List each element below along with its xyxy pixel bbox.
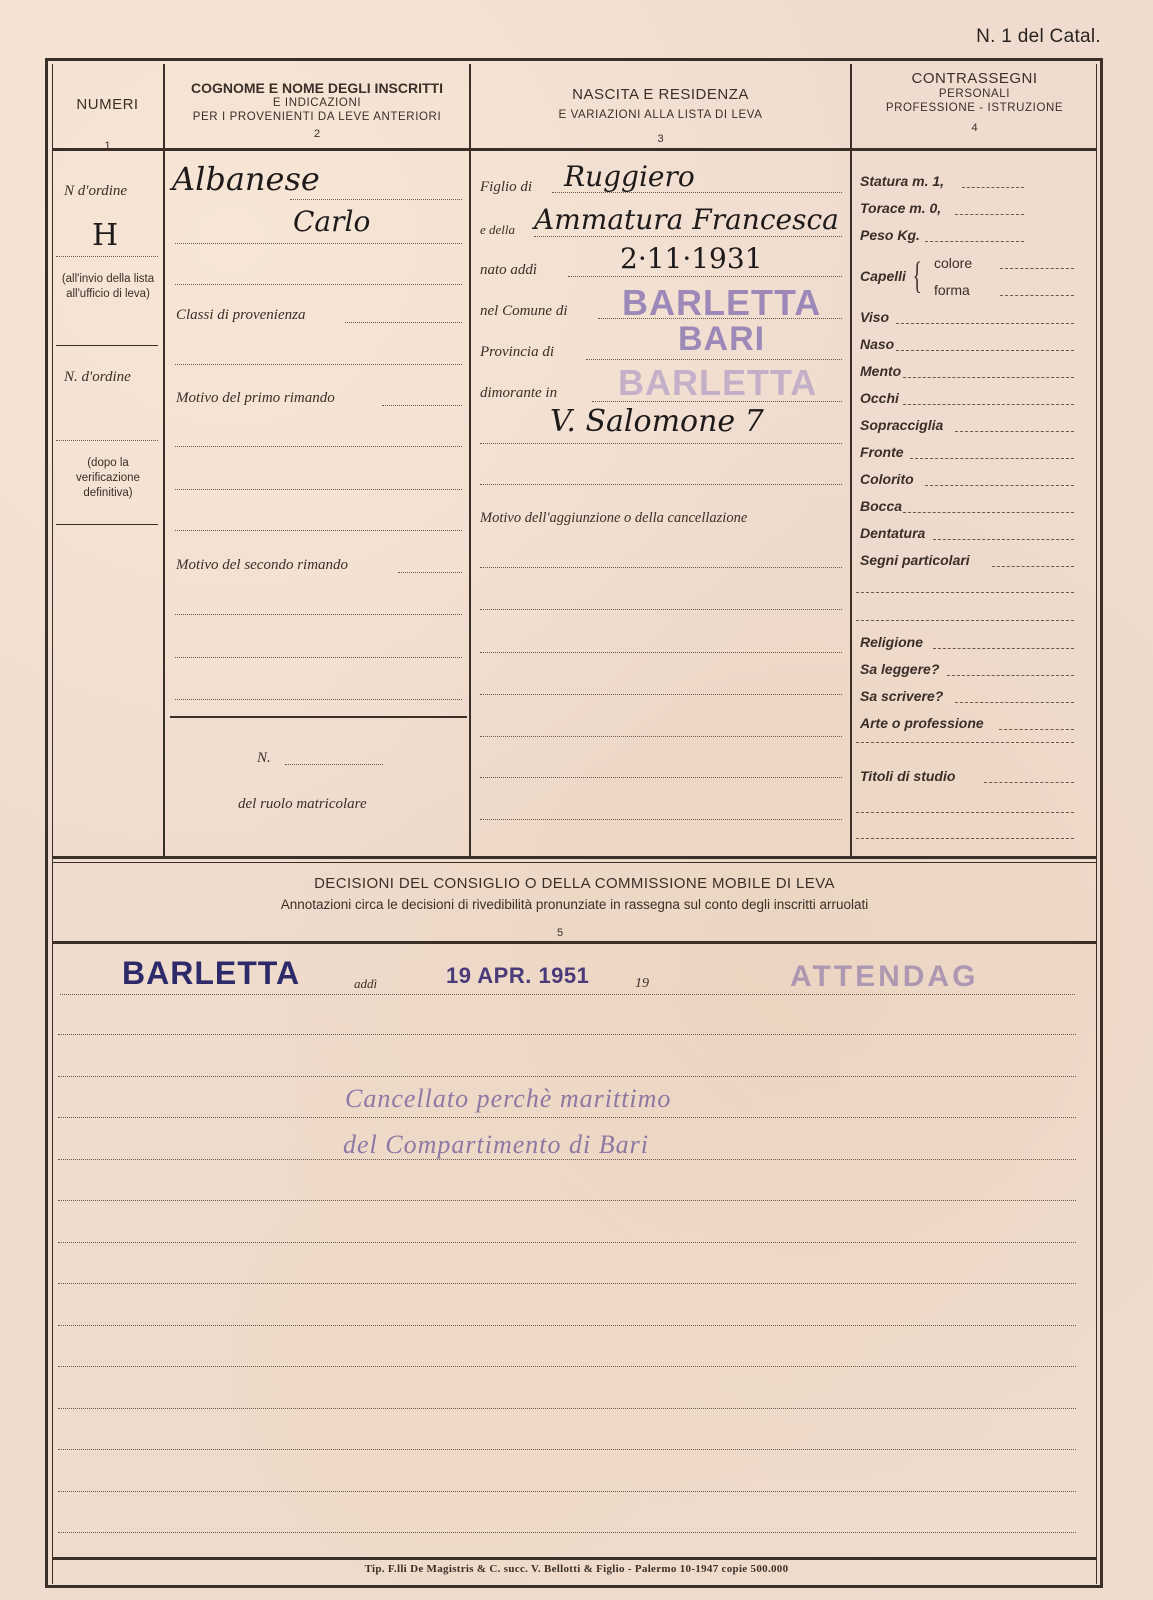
field-line-segni-particolari[interactable] — [992, 566, 1074, 567]
field-label-dentatura: Dentatura — [860, 525, 925, 541]
header-col4-line3: PROFESSIONE - ISTRUZIONE — [852, 102, 1097, 116]
header-col4-num: 4 — [852, 122, 1097, 135]
ordine-label-2[interactable]: N. d'ordine — [64, 369, 131, 386]
col4-extra-line — [856, 592, 1074, 593]
field-line-sopracciglia[interactable] — [955, 431, 1074, 432]
ordine-label-1: N d'ordine — [64, 183, 127, 200]
decision-line[interactable] — [58, 1408, 1076, 1409]
field-line-bocca[interactable] — [903, 512, 1074, 513]
field-line-viso[interactable] — [896, 323, 1074, 324]
field-label-sa-leggere: Sa leggere? — [860, 661, 939, 677]
section5-num: 5 — [557, 927, 563, 939]
decision-line[interactable] — [58, 1200, 1076, 1201]
col-divider-1 — [163, 64, 165, 856]
header-col3-line2: E VARIAZIONI ALLA LISTA DI LEVA — [471, 109, 850, 123]
catalog-number: N. 1 del Catal. — [976, 26, 1101, 48]
della-value[interactable]: Ammatura Francesca — [534, 203, 839, 236]
field-line-peso-kg[interactable] — [925, 241, 1024, 242]
header-col1: NUMERI 1 — [52, 96, 163, 153]
ordine-value-1[interactable]: H — [92, 218, 118, 253]
col3-line-7 — [480, 484, 842, 485]
header-col3-title: NASCITA E RESIDENZA — [471, 86, 850, 104]
field-label-arte-o-professione: Arte o professione — [860, 715, 984, 731]
primo-rimando-label: Motivo del primo rimando — [176, 390, 335, 407]
classi-label: Classi di provenienza — [176, 307, 305, 324]
comune-label: nel Comune di — [480, 303, 568, 320]
field-line-arte-o-professione[interactable] — [999, 729, 1074, 730]
capelli-colore-line[interactable] — [1000, 268, 1074, 269]
header-col2: COGNOME E NOME DEGLI INSCRITTI E INDICAZ… — [165, 80, 469, 142]
col4-extra-line — [856, 620, 1074, 621]
primo-rimando-line-3 — [175, 489, 462, 490]
section5-subtitle: Annotazioni circa le decisioni di rivedi… — [52, 897, 1097, 912]
annotation-line-2[interactable]: del Compartimento di Bari — [343, 1130, 649, 1160]
field-label-torace-m-0: Torace m. 0, — [860, 200, 941, 216]
printer-footer: Tip. F.lli De Magistris & C. succ. V. Be… — [0, 1563, 1153, 1575]
header-col4-line2: PERSONALI — [852, 88, 1097, 102]
header-col4: CONTRASSEGNI PERSONALI PROFESSIONE - IST… — [852, 70, 1097, 135]
col4-extra-line — [856, 742, 1074, 743]
secondo-rimando-label: Motivo del secondo rimando — [176, 557, 348, 574]
col3-line-9 — [480, 609, 842, 610]
field-line-religione[interactable] — [933, 648, 1074, 649]
section5-top-rule-2 — [52, 862, 1097, 863]
field-label-titoli-di-studio: Titoli di studio — [860, 768, 955, 784]
surname-value[interactable]: Albanese — [172, 160, 320, 198]
classi-line-2 — [175, 364, 462, 365]
note-2: (dopo la verificazione definitiva) — [56, 456, 160, 501]
secondo-rimando-line-2 — [175, 614, 462, 615]
header-col3-num: 3 — [471, 133, 850, 146]
name-line-3 — [175, 284, 462, 285]
decision-line[interactable] — [58, 1532, 1076, 1533]
decision-line[interactable] — [58, 1076, 1076, 1077]
field-line-mento[interactable] — [903, 377, 1074, 378]
header-col3: NASCITA E RESIDENZA E VARIAZIONI ALLA LI… — [471, 86, 850, 146]
header-col4-title: CONTRASSEGNI — [852, 70, 1097, 88]
field-line-occhi[interactable] — [903, 404, 1074, 405]
year-label: 19 — [635, 976, 649, 992]
decision-line[interactable] — [58, 1283, 1076, 1284]
col4-extra-line — [856, 812, 1074, 813]
header-col1-num: 1 — [52, 140, 163, 153]
addi-label: addì — [354, 976, 377, 992]
classi-line[interactable] — [345, 322, 462, 323]
dimorante-line — [592, 401, 842, 402]
primo-rimando-line-4 — [175, 530, 462, 531]
section5-header-rule — [52, 941, 1097, 944]
secondo-rimando-line[interactable] — [398, 572, 462, 573]
firstname-line — [175, 243, 462, 244]
col3-line-11 — [480, 694, 842, 695]
col4-extra-line — [856, 838, 1074, 839]
nato-label: nato addì — [480, 262, 537, 279]
header-col2-line2: E INDICAZIONI — [165, 97, 469, 111]
provincia-stamp[interactable]: BARI — [678, 320, 765, 359]
dimorante-label: dimorante in — [480, 385, 557, 402]
decision-line[interactable] — [58, 1325, 1076, 1326]
field-label-peso-kg: Peso Kg. — [860, 227, 920, 243]
primo-rimando-line[interactable] — [382, 405, 462, 406]
faded-stamp: ATTENDAG — [790, 960, 978, 994]
col-divider-3 — [850, 64, 852, 856]
capelli-forma-line[interactable] — [1000, 295, 1074, 296]
col1-separator — [56, 345, 158, 346]
field-label-viso: Viso — [860, 309, 889, 325]
ruolo-label: del ruolo matricolare — [238, 796, 367, 813]
field-label-occhi: Occhi — [860, 390, 899, 406]
field-line-torace-m-0[interactable] — [955, 214, 1024, 215]
field-label-sopracciglia: Sopracciglia — [860, 417, 943, 433]
address-line — [480, 443, 842, 444]
field-line-titoli-di-studio[interactable] — [984, 782, 1074, 783]
decision-line[interactable] — [58, 1366, 1076, 1367]
header-col2-line3: PER I PROVENIENTI DA LEVE ANTERIORI — [165, 111, 469, 125]
field-label-religione: Religione — [860, 634, 923, 650]
decision-line[interactable] — [58, 1491, 1076, 1492]
field-line-naso[interactable] — [896, 350, 1074, 351]
dimorante-stamp[interactable]: BARLETTA — [618, 362, 817, 404]
col-divider-2 — [469, 64, 471, 856]
primo-rimando-line-2 — [175, 446, 462, 447]
field-label-naso: Naso — [860, 336, 894, 352]
field-line-dentatura[interactable] — [933, 539, 1074, 540]
provincia-label: Provincia di — [480, 344, 554, 361]
field-line-statura-m-1[interactable] — [962, 187, 1024, 188]
brace-icon: { — [913, 254, 922, 298]
header-col2-title: COGNOME E NOME DEGLI INSCRITTI — [165, 80, 469, 97]
della-label: e della — [480, 222, 515, 238]
section5-title: DECISIONI DEL CONSIGLIO O DELLA COMMISSI… — [52, 875, 1097, 892]
annotation-line-1[interactable]: Cancellato perchè marittimo — [345, 1084, 671, 1114]
field-line-fronte[interactable] — [910, 458, 1074, 459]
field-line-sa-leggere[interactable] — [947, 675, 1074, 676]
ordine-line-1 — [56, 256, 158, 257]
col1-separator-2 — [56, 524, 158, 525]
date-stamp[interactable]: 19 APR. 1951 — [446, 963, 589, 989]
note-1: (all'invio della lista all'ufficio di le… — [56, 272, 160, 302]
ruolo-n-line[interactable] — [285, 764, 383, 765]
field-label-mento: Mento — [860, 363, 901, 379]
decision-line[interactable] — [58, 1449, 1076, 1450]
decision-line[interactable] — [58, 1117, 1076, 1118]
della-line — [534, 236, 842, 237]
col3-line-13 — [480, 777, 842, 778]
figlio-label: Figlio di — [480, 179, 532, 196]
field-line-sa-scrivere[interactable] — [955, 702, 1074, 703]
col3-line-12 — [480, 736, 842, 737]
field-label-segni-particolari: Segni particolari — [860, 552, 970, 568]
field-label-capelli: Capelli — [860, 268, 906, 284]
firstname-value[interactable]: Carlo — [293, 205, 370, 238]
nato-value[interactable]: 2·11·1931 — [620, 242, 763, 275]
field-label-fronte: Fronte — [860, 444, 904, 460]
decision-line[interactable] — [58, 1242, 1076, 1243]
field-label-statura-m-1: Statura m. 1, — [860, 173, 944, 189]
header-col1-title: NUMERI — [52, 96, 163, 114]
field-line-colorito[interactable] — [925, 485, 1074, 486]
col3-line-8 — [480, 567, 842, 568]
ordine-line-2 — [56, 440, 158, 441]
comune-line — [598, 318, 842, 319]
field-label-sa-scrivere: Sa scrivere? — [860, 688, 943, 704]
figlio-value[interactable]: Ruggiero — [564, 160, 695, 193]
decision-line-1 — [60, 994, 1075, 995]
col3-line-10 — [480, 652, 842, 653]
address-value[interactable]: V. Salomone 7 — [550, 404, 764, 439]
ruolo-n-label: N. — [257, 750, 271, 767]
section5-top-rule — [52, 856, 1097, 859]
header-col2-num: 2 — [165, 128, 469, 141]
motivo-label: Motivo dell'aggiunzione o della cancella… — [480, 510, 747, 527]
figlio-line — [552, 192, 842, 193]
capelli-sub-forma: forma — [934, 281, 970, 299]
header-bottom-rule — [52, 148, 1097, 151]
decision-line[interactable] — [58, 1034, 1076, 1035]
field-label-bocca: Bocca — [860, 498, 902, 514]
form-bottom-rule — [52, 1557, 1097, 1560]
secondo-rimando-line-3 — [175, 657, 462, 658]
place-stamp[interactable]: BARLETTA — [122, 955, 300, 992]
ruolo-separator — [170, 716, 467, 718]
secondo-rimando-line-4 — [175, 699, 462, 700]
provincia-line — [586, 359, 842, 360]
col3-line-14 — [480, 819, 842, 820]
nato-line — [568, 276, 842, 277]
capelli-sub-colore: colore — [934, 254, 972, 272]
field-label-colorito: Colorito — [860, 471, 914, 487]
surname-line — [290, 199, 462, 200]
